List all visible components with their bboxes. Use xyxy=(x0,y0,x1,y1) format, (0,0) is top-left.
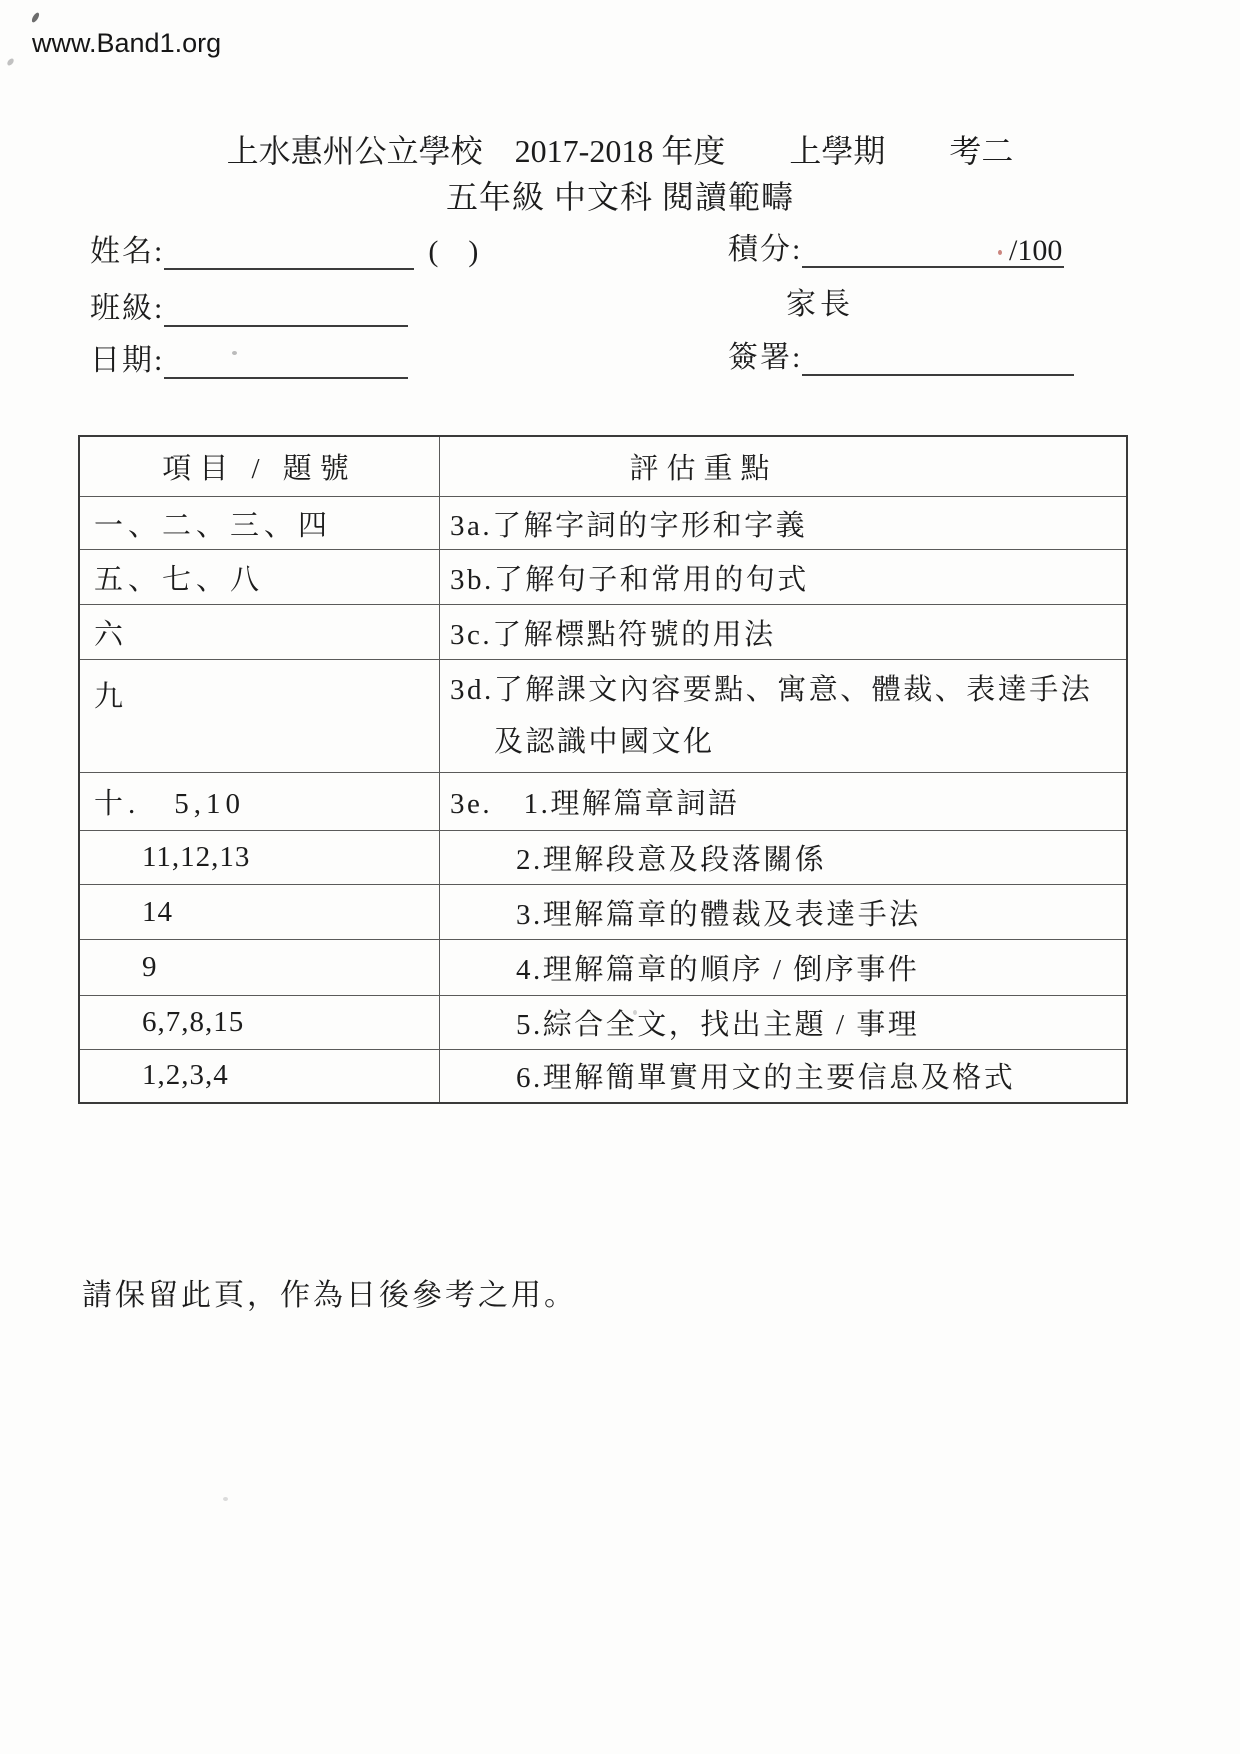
table-row: 一、二、三、四 3a.了解字詞的字形和字義 xyxy=(79,497,1127,550)
scan-speck xyxy=(223,1497,228,1501)
table-row: 九 3d.了解課文內容要點、寓意、體裁、表達手法 及認識中國文化 xyxy=(79,660,1127,773)
scan-speck xyxy=(6,57,15,66)
focus-cell: 3c.了解標點符號的用法 xyxy=(440,605,1128,660)
table-header-row: 項目 / 題號 評估重點 xyxy=(79,436,1127,497)
items-cell: 一、二、三、四 xyxy=(79,497,440,550)
items-cell: 六 xyxy=(79,605,440,660)
class-blank-line xyxy=(164,291,408,327)
exam-subtitle: 五年級 中文科 閱讀範疇 xyxy=(0,172,1240,218)
signature-field-row: 簽署: xyxy=(728,332,1074,376)
focus-cell: 3.理解篇章的體裁及表達手法 xyxy=(440,885,1128,940)
table-row: 1,2,3,4 6.理解簡單實用文的主要信息及格式 xyxy=(79,1050,1127,1103)
items-cell: 11,12,13 xyxy=(79,831,440,885)
focus-line-1: 3d.了解課文內容要點、寓意、體裁、表達手法 xyxy=(450,674,1092,706)
watermark-url: www.Band1.org xyxy=(32,28,221,59)
score-field-label: 積分: xyxy=(728,224,802,268)
assessment-focus-table: 項目 / 題號 評估重點 一、二、三、四 3a.了解字詞的字形和字義 五、七、八… xyxy=(78,435,1128,1104)
score-blank-line: /100 xyxy=(802,234,1064,268)
focus-cell: 3e. 1.理解篇章詞語 xyxy=(440,773,1128,831)
focus-cell: 2.理解段意及段落關係 xyxy=(440,831,1128,885)
table-row: 6,7,8,15 5.綜合全文，找出主題 / 事理 xyxy=(79,996,1127,1050)
signature-blank-line xyxy=(802,340,1074,376)
table-row: 五、七、八 3b.了解句子和常用的句式 xyxy=(79,550,1127,605)
table-row: 11,12,13 2.理解段意及段落關係 xyxy=(79,831,1127,885)
table-row: 9 4.理解篇章的順序 / 倒序事件 xyxy=(79,940,1127,996)
items-cell: 五、七、八 xyxy=(79,550,440,605)
focus-cell: 4.理解篇章的順序 / 倒序事件 xyxy=(440,940,1128,996)
class-field-label: 班級: xyxy=(90,283,164,327)
focus-column-header: 評估重點 xyxy=(440,436,1128,497)
focus-cell: 3d.了解課文內容要點、寓意、體裁、表達手法 及認識中國文化 xyxy=(440,660,1128,773)
score-field-row: 積分: /100 xyxy=(728,224,1064,268)
items-cell: 14 xyxy=(79,885,440,940)
focus-cell: 6.理解簡單實用文的主要信息及格式 xyxy=(440,1050,1128,1103)
items-cell: 6,7,8,15 xyxy=(79,996,440,1050)
table-row: 六 3c.了解標點符號的用法 xyxy=(79,605,1127,660)
signature-field-label: 簽署: xyxy=(728,332,802,376)
parent-label: 家長 xyxy=(786,279,854,323)
items-cell: 1,2,3,4 xyxy=(79,1050,440,1103)
focus-line-2: 及認識中國文化 xyxy=(494,716,1125,768)
focus-cell: 3a.了解字詞的字形和字義 xyxy=(440,497,1128,550)
name-field-row: 姓名: ( ) xyxy=(90,226,478,270)
exam-title: 上水惠州公立學校 2017-2018 年度 上學期 考二 xyxy=(0,126,1240,172)
class-field-row: 班級: xyxy=(90,283,408,327)
focus-cell: 5.綜合全文，找出主題 / 事理 xyxy=(440,996,1128,1050)
items-cell: 十. 5,10 xyxy=(79,773,440,831)
scan-speck xyxy=(30,12,40,24)
date-field-label: 日期: xyxy=(90,335,164,379)
table-row: 十. 5,10 3e. 1.理解篇章詞語 xyxy=(79,773,1127,831)
table-row: 14 3.理解篇章的體裁及表達手法 xyxy=(79,885,1127,940)
items-cell: 9 xyxy=(79,940,440,996)
focus-cell: 3b.了解句子和常用的句式 xyxy=(440,550,1128,605)
date-blank-line xyxy=(164,343,408,379)
scanned-exam-cover-page: www.Band1.org 上水惠州公立學校 2017-2018 年度 上學期 … xyxy=(0,0,1240,1754)
items-column-header: 項目 / 題號 xyxy=(79,436,440,497)
name-blank-line xyxy=(164,234,414,270)
name-field-label: 姓名: xyxy=(90,226,164,270)
items-cell: 九 xyxy=(79,660,440,773)
date-field-row: 日期: xyxy=(90,335,408,379)
keep-page-note: 請保留此頁，作為日後參考之用。 xyxy=(82,1270,577,1314)
class-number-paren: ( ) xyxy=(428,226,478,270)
